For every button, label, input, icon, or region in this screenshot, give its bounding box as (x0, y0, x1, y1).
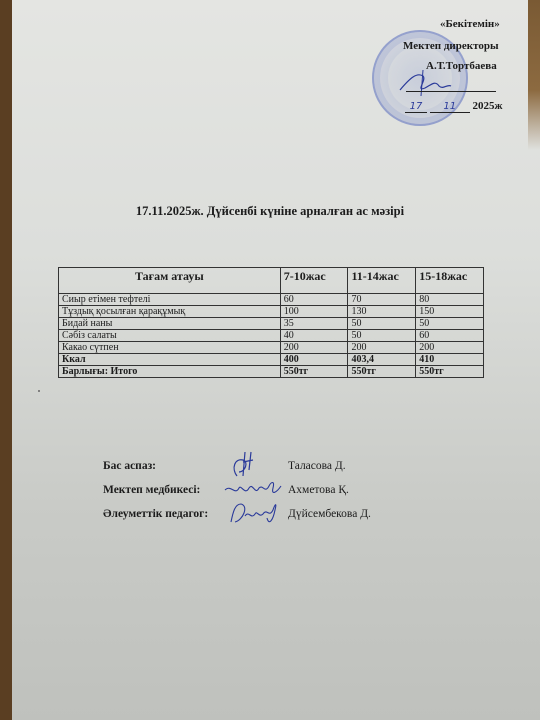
portion-11-14: 50 (348, 330, 416, 342)
signer-name: Таласова Д. (288, 460, 346, 472)
portion-15-18: 200 (416, 342, 484, 354)
kcal-row: Ккал 400 403,4 410 (59, 354, 484, 366)
dish-name: Тұздық қосылған қарақұмық (59, 306, 281, 318)
portion-15-18: 80 (416, 294, 484, 306)
signer-role: Бас аспаз: (103, 460, 156, 472)
paper-mark (38, 390, 40, 392)
signer-name: Ахметова Қ. (288, 484, 349, 496)
portion-7-10: 35 (280, 318, 348, 330)
signer-name: Дүйсембекова Д. (288, 508, 371, 520)
approval-date: 17 11 2025ж (405, 100, 502, 113)
kcal-11-14: 403,4 (348, 354, 416, 366)
teacher-signature-icon (223, 498, 283, 526)
background-surface (528, 0, 540, 150)
menu-table: Тағам атауы 7-10жас 11-14жас 15-18жас Си… (58, 267, 484, 378)
dish-name: Сәбіз салаты (59, 330, 281, 342)
total-15-18: 550тг (416, 366, 484, 378)
date-month: 11 (430, 101, 470, 113)
total-label: Барлығы: Итого (59, 366, 281, 378)
approver-name: А.Т.Тортбаева (426, 60, 497, 72)
header-age-7-10: 7-10жас (280, 268, 348, 294)
table-header-row: Тағам атауы 7-10жас 11-14жас 15-18жас (59, 268, 484, 294)
dish-name: Бидай наны (59, 318, 281, 330)
signer-role: Мектеп медбикесі: (103, 484, 200, 496)
portion-11-14: 130 (348, 306, 416, 318)
total-row: Барлығы: Итого 550тг 550тг 550тг (59, 366, 484, 378)
header-age-11-14: 11-14жас (348, 268, 416, 294)
kcal-label: Ккал (59, 354, 281, 366)
portion-15-18: 50 (416, 318, 484, 330)
header-dish-name: Тағам атауы (59, 268, 281, 294)
portion-7-10: 100 (280, 306, 348, 318)
header-age-15-18: 15-18жас (416, 268, 484, 294)
table-row: Сәбіз салаты 40 50 60 (59, 330, 484, 342)
portion-7-10: 40 (280, 330, 348, 342)
total-11-14: 550тг (348, 366, 416, 378)
kcal-15-18: 410 (416, 354, 484, 366)
date-day: 17 (405, 101, 427, 113)
dish-name: Сиыр етімен тефтелі (59, 294, 281, 306)
document-title: 17.11.2025ж. Дүйсенбі күніне арналған ас… (0, 204, 540, 219)
date-year: 2025ж (473, 100, 503, 112)
dish-name: Какао сүтпен (59, 342, 281, 354)
total-7-10: 550тг (280, 366, 348, 378)
portion-15-18: 150 (416, 306, 484, 318)
table-row: Сиыр етімен тефтелі 60 70 80 (59, 294, 484, 306)
table-row: Бидай наны 35 50 50 (59, 318, 484, 330)
portion-11-14: 200 (348, 342, 416, 354)
signature-line (406, 91, 496, 92)
portion-15-18: 60 (416, 330, 484, 342)
director-signature-icon (395, 68, 455, 98)
portion-11-14: 70 (348, 294, 416, 306)
portion-7-10: 200 (280, 342, 348, 354)
portion-11-14: 50 (348, 318, 416, 330)
approver-role: Мектеп директоры (403, 40, 499, 52)
table-row: Тұздық қосылған қарақұмық 100 130 150 (59, 306, 484, 318)
approval-label: «Бекітемін» (440, 18, 500, 30)
table-row: Какао сүтпен 200 200 200 (59, 342, 484, 354)
kcal-7-10: 400 (280, 354, 348, 366)
signer-role: Әлеуметтік педагог: (103, 508, 208, 520)
portion-7-10: 60 (280, 294, 348, 306)
